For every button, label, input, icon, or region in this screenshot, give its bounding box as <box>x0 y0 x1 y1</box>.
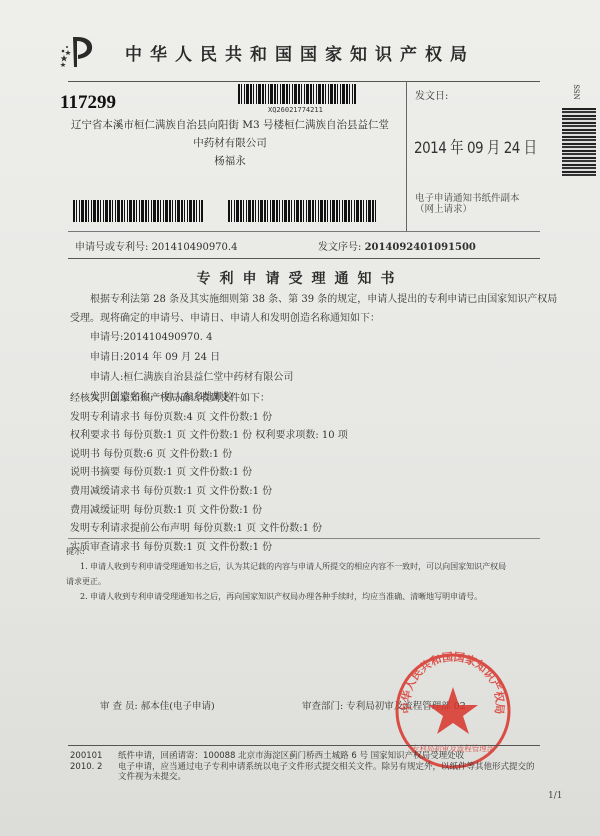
dispatch-date-label: 发文日: <box>415 87 448 102</box>
tips-label: 提示: <box>66 544 566 559</box>
tips-rule <box>68 538 540 539</box>
barcode-text: XQ26021774211 <box>268 106 323 114</box>
tips: 提示: 1. 申请人收到专利申请受理通知书之后，认为其记载的内容与申请人所提交的… <box>66 544 566 604</box>
field-applicant: 申请人:桓仁满族自治县益仁堂中药材有限公司 <box>90 368 293 388</box>
page-number: 1/1 <box>548 791 562 801</box>
address-block: 辽宁省本溪市桓仁满族自治县向阳街 M3 号楼桓仁满族自治县益仁堂 中药材有限公司… <box>60 116 400 170</box>
barcode-left <box>73 200 203 222</box>
received-file: 发明专利请求提前公布声明 每份页数:1 页 文件份数:1 份 <box>70 520 348 539</box>
side-barcode <box>562 108 596 176</box>
dispatch-date: 2014 年 09 月 24 日 <box>414 134 537 158</box>
dispatch-serial-label: 发文序号: <box>318 242 361 253</box>
office-name: 中华人民共和国国家知识产权局 <box>125 40 475 65</box>
field-application-date: 申请日:2014 年 09 月 24 日 <box>90 348 293 368</box>
application-number: 201410490970.4 <box>152 242 238 253</box>
received-file: 说明书摘要 每份页数:1 页 文件份数:1 份 <box>70 464 348 483</box>
intro-paragraph: 根据专利法第 28 条及其实施细则第 38 条、第 39 条的规定，申请人提出的… <box>70 290 570 328</box>
postcode: 117299 <box>60 92 116 114</box>
footer-instructions: 纸件申请，回函请寄：100088 北京市海淀区蓟门桥西土城路 6 号 国家知识产… <box>118 751 548 783</box>
intro-line-2: 受理。现将确定的申请号、申请日、申请人和发明创造名称通知如下： <box>70 309 570 328</box>
address-line: 辽宁省本溪市桓仁满族自治县向阳街 M3 号楼桓仁满族自治县益仁堂 <box>60 116 400 134</box>
intro-line-1: 根据专利法第 28 条及其实施细则第 38 条、第 39 条的规定，申请人提出的… <box>70 290 570 309</box>
examiner-label: 审 查 员: <box>100 701 138 712</box>
examiner-name: 郝本佳(电子申请) <box>141 701 215 712</box>
received-file: 费用减缓请求书 每份页数:1 页 文件份数:1 份 <box>70 483 348 502</box>
received-file: 权利要求书 每份页数:1 页 文件份数:1 份 权利要求项数: 10 项 <box>70 427 348 446</box>
received-file: 费用减缓证明 每份页数:1 页 文件份数:1 份 <box>70 502 348 521</box>
footer-rule <box>68 745 540 746</box>
received-files: 经核实，国家知识产权局确认收到文件如下： 发明专利请求书 每份页数:4 页 文件… <box>70 390 348 557</box>
tip-2: 2. 申请人收到专利申请受理通知书之后，再向国家知识产权局办理各种手续时，均应当… <box>66 589 566 604</box>
barcode-right <box>228 200 378 222</box>
document-title: 专利申请受理通知书 <box>0 268 600 288</box>
header-rule <box>68 81 540 82</box>
address-barcode <box>238 84 356 104</box>
cnipa-logo-icon <box>55 33 95 69</box>
examiner-row: 审 查 员: 郝本佳(电子申请) <box>100 698 215 712</box>
recipient-name: 杨福永 <box>60 152 400 170</box>
field-application-number: 申请号:201410490970. 4 <box>90 328 293 348</box>
form-code: 200101 2010. 2 <box>70 751 102 772</box>
panel-bottom-rule <box>68 231 540 232</box>
numbers-rule <box>68 258 540 259</box>
dispatch-serial: 2014092401091500 <box>365 242 476 253</box>
side-code: SSN <box>572 84 580 100</box>
department-label: 审查部门: <box>302 701 343 712</box>
document-page: 中华人民共和国国家知识产权局 117299 XQ26021774211 辽宁省本… <box>0 0 600 836</box>
company-line: 中药材有限公司 <box>60 134 400 152</box>
received-file: 发明专利请求书 每份页数:4 页 文件份数:1 份 <box>70 409 348 428</box>
application-number-row: 申请号或专利号: 201410490970.4 <box>75 238 237 253</box>
application-number-label: 申请号或专利号: <box>75 242 148 253</box>
side-divider <box>406 81 407 231</box>
notice-type: 电子申请通知书纸件副本（网上请求） <box>415 193 525 215</box>
received-intro: 经核实，国家知识产权局确认收到文件如下： <box>70 390 348 409</box>
dispatch-serial-row: 发文序号: 2014092401091500 <box>318 238 476 253</box>
received-file: 说明书 每份页数:6 页 文件份数:1 份 <box>70 446 348 465</box>
tip-1: 1. 申请人收到专利申请受理通知书之后，认为其记载的内容与申请人所提交的相应内容… <box>66 559 566 574</box>
tip-1-continued: 请求更正。 <box>66 574 566 589</box>
